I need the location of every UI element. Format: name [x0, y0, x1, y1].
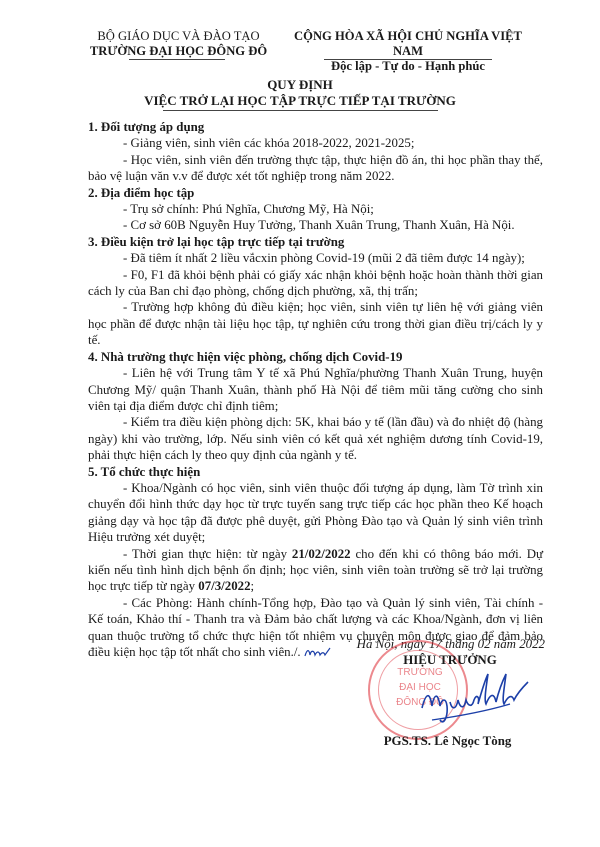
- section-4-item: - Kiểm tra điều kiện phòng dịch: 5K, kha…: [88, 414, 543, 463]
- document-title: QUY ĐỊNH VIỆC TRỞ LẠI HỌC TẬP TRỰC TIẾP …: [0, 77, 600, 109]
- motto: Độc lập - Tự do - Hạnh phúc: [280, 59, 536, 74]
- section-2-item: - Trụ sở chính: Phú Nghĩa, Chương Mỹ, Hà…: [88, 201, 543, 217]
- motto-underline: [324, 59, 492, 60]
- timing-suffix: ;: [251, 579, 255, 593]
- section-1-item: - Giảng viên, sinh viên các khóa 2018-20…: [88, 135, 543, 151]
- title-line-1: QUY ĐỊNH: [0, 77, 600, 93]
- title-line-2: VIỆC TRỞ LẠI HỌC TẬP TRỰC TIẾP TẠI TRƯỜN…: [0, 93, 600, 109]
- section-2-heading: 2. Địa điểm học tập: [88, 185, 543, 201]
- title-underline: [163, 110, 438, 111]
- national-header: CỘNG HÒA XÃ HỘI CHỦ NGHĨA VIỆT NAM Độc l…: [280, 29, 536, 74]
- start-date: 21/02/2022: [292, 547, 351, 561]
- section-2-item: - Cơ sở 60B Nguyễn Huy Tưởng, Thanh Xuân…: [88, 217, 543, 233]
- section-3-item: - Trường hợp không đủ điều kiện; học viê…: [88, 299, 543, 348]
- section-5-heading: 5. Tổ chức thực hiện: [88, 464, 543, 480]
- signer-name: PGS.TS. Lê Ngọc Tòng: [365, 733, 530, 749]
- section-1-item: - Học viên, sinh viên đến trường thực tậ…: [88, 152, 543, 185]
- section-3-item: - Đã tiêm ít nhất 2 liều vắcxin phòng Co…: [88, 250, 543, 266]
- section-4-heading: 4. Nhà trường thực hiện việc phòng, chốn…: [88, 349, 543, 365]
- ministry-name: BỘ GIÁO DỤC VÀ ĐÀO TẠO: [86, 29, 271, 44]
- full-return-date: 07/3/2022: [198, 579, 250, 593]
- issuer-underline: [129, 59, 225, 60]
- section-3-item: - F0, F1 đã khỏi bệnh phải có giấy xác n…: [88, 267, 543, 300]
- university-name: TRƯỜNG ĐẠI HỌC ĐÔNG ĐÔ: [86, 44, 271, 59]
- section-5-timing: - Thời gian thực hiện: từ ngày 21/02/202…: [88, 546, 543, 595]
- handwritten-signature-icon: [420, 670, 530, 730]
- signer-role: HIỆU TRƯỞNG: [370, 652, 530, 668]
- issuer-block: BỘ GIÁO DỤC VÀ ĐÀO TẠO TRƯỜNG ĐẠI HỌC ĐÔ…: [86, 29, 271, 59]
- document-body: 1. Đối tượng áp dụng - Giảng viên, sinh …: [88, 119, 543, 660]
- section-3-heading: 3. Điều kiện trở lại học tập trực tiếp t…: [88, 234, 543, 250]
- section-4-item: - Liên hệ với Trung tâm Y tế xã Phú Nghĩ…: [88, 365, 543, 414]
- section-5-item: - Khoa/Ngành có học viên, sinh viên thuộ…: [88, 480, 543, 546]
- timing-prefix: - Thời gian thực hiện: từ ngày: [123, 547, 292, 561]
- section-1-heading: 1. Đối tượng áp dụng: [88, 119, 543, 135]
- country-name: CỘNG HÒA XÃ HỘI CHỦ NGHĨA VIỆT NAM: [280, 29, 536, 59]
